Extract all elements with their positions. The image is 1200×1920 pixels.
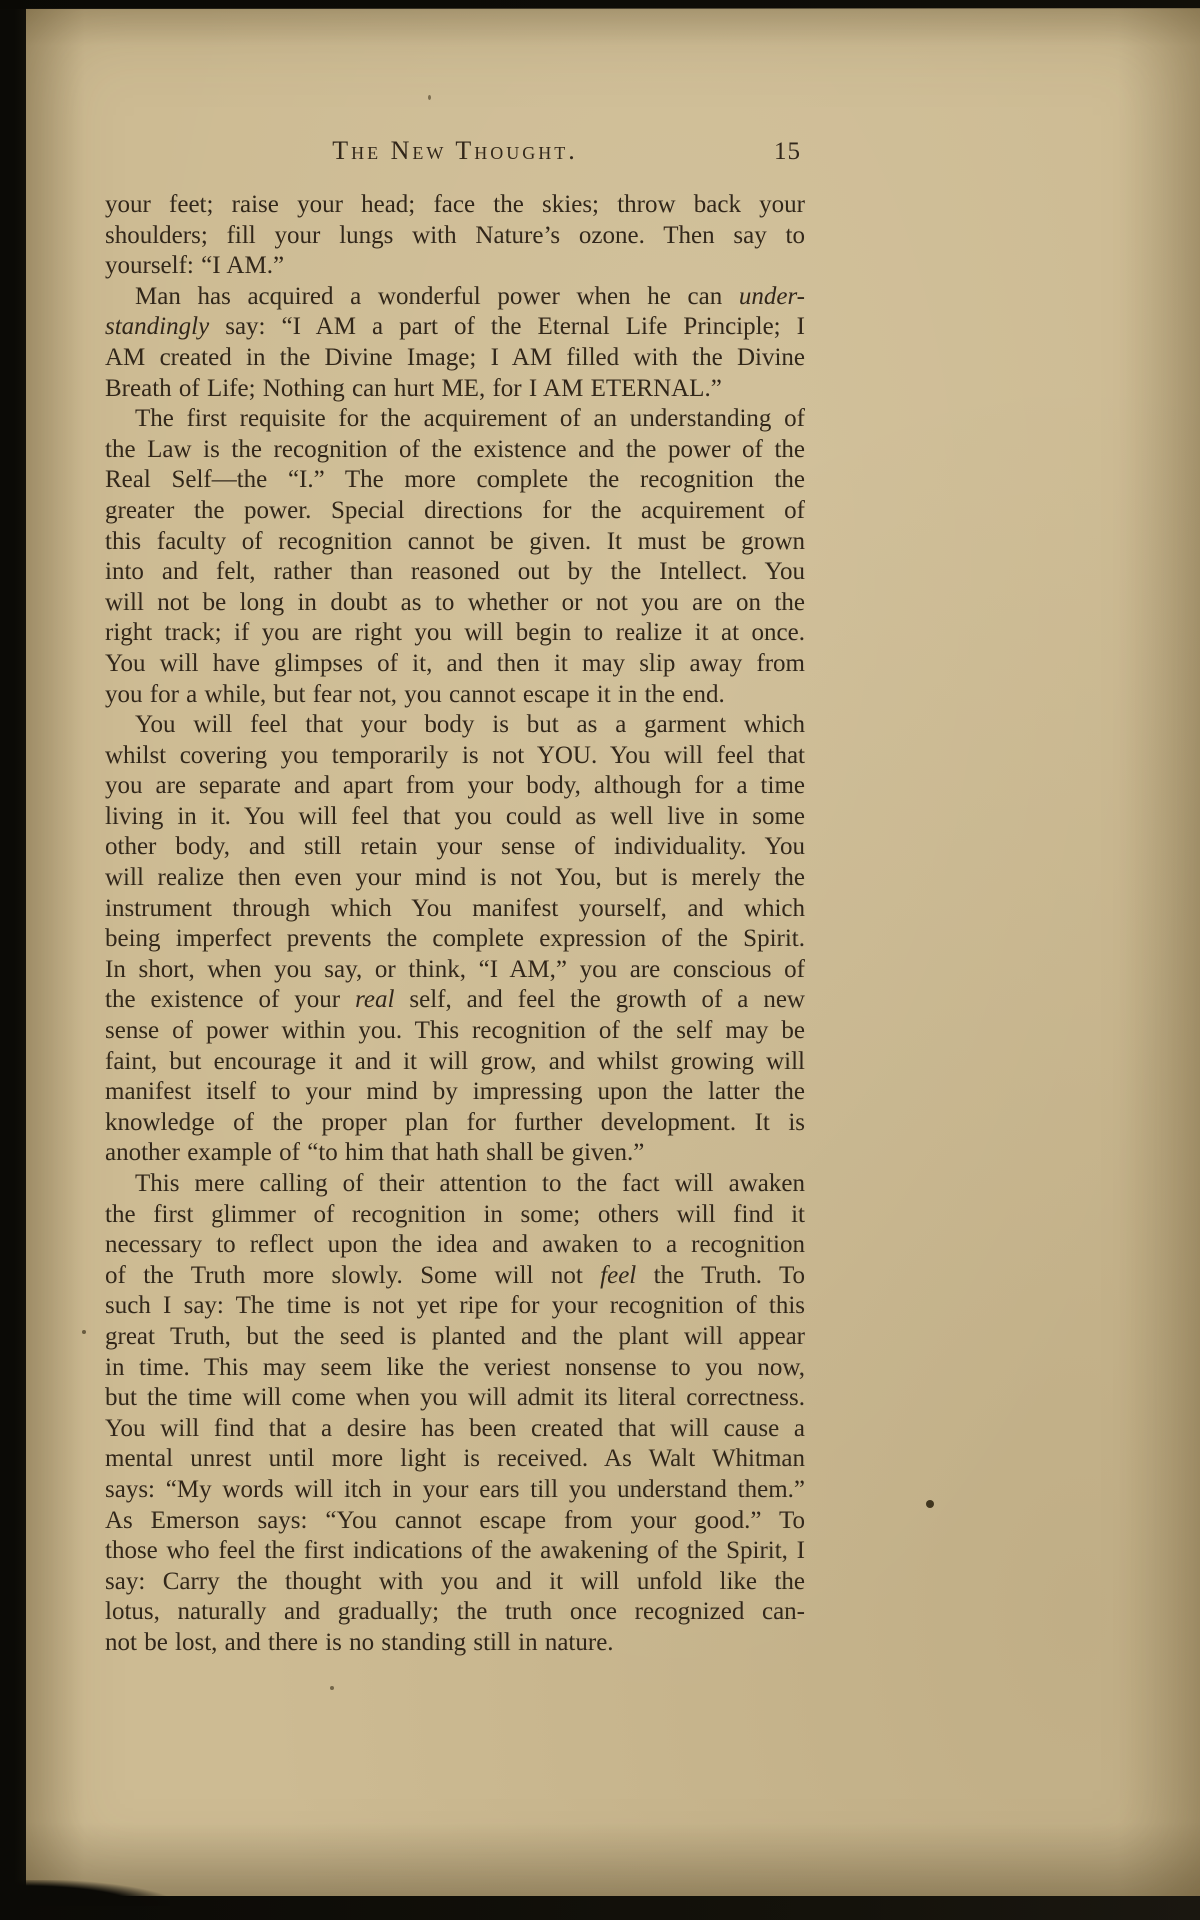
text-line: In short, when you say, or think, “I AM,… xyxy=(105,955,805,986)
paragraph: Man has acquired a wonderful power when … xyxy=(105,282,805,404)
scanned-book-page: The New Thought. 15 your feet; raise you… xyxy=(0,0,1200,1920)
text-line: Man has acquired a wonderful power when … xyxy=(105,282,805,313)
text-line: you for a while, but fear not, you canno… xyxy=(105,680,805,711)
text-line: whilst covering you temporarily is not Y… xyxy=(105,741,805,772)
text-line: will not be long in doubt as to whether … xyxy=(105,588,805,619)
scan-speck xyxy=(330,1686,334,1690)
text-line: living in it. You will feel that you cou… xyxy=(105,802,805,833)
paragraph: The first requisite for the acquirement … xyxy=(105,404,805,710)
text-line: faint, but encourage it and it will grow… xyxy=(105,1047,805,1078)
text-line: say: Carry the thought with you and it w… xyxy=(105,1567,805,1598)
text-line: those who feel the first indications of … xyxy=(105,1536,805,1567)
text-line: standingly say: “I AM a part of the Eter… xyxy=(105,312,805,343)
text-line: AM created in the Divine Image; I AM fil… xyxy=(105,343,805,374)
text-line: other body, and still retain your sense … xyxy=(105,832,805,863)
text-line: such I say: The time is not yet ripe for… xyxy=(105,1291,805,1322)
text-line: greater the power. Special directions fo… xyxy=(105,496,805,527)
text-line: You will find that a desire has been cre… xyxy=(105,1414,805,1445)
scan-speck xyxy=(428,95,431,100)
text-line: the first glimmer of recognition in some… xyxy=(105,1200,805,1231)
text-line: This mere calling of their attention to … xyxy=(105,1169,805,1200)
text-line: of the Truth more slowly. Some will not … xyxy=(105,1261,805,1292)
text-line: the Law is the recognition of the existe… xyxy=(105,435,805,466)
text-line: in time. This may seem like the veriest … xyxy=(105,1353,805,1384)
text-line: shoulders; fill your lungs with Nature’s… xyxy=(105,221,805,252)
text-line: great Truth, but the seed is planted and… xyxy=(105,1322,805,1353)
text-line: necessary to reflect upon the idea and a… xyxy=(105,1230,805,1261)
text-line: sense of power within you. This recognit… xyxy=(105,1016,805,1047)
text-line: but the time will come when you will adm… xyxy=(105,1383,805,1414)
body-text: your feet; raise your head; face the ski… xyxy=(105,190,805,1659)
page-number: 15 xyxy=(774,138,801,166)
text-line: right track; if you are right you will b… xyxy=(105,618,805,649)
text-line: knowledge of the proper plan for further… xyxy=(105,1108,805,1139)
text-line: you are separate and apart from your bod… xyxy=(105,771,805,802)
text-line: manifest itself to your mind by impressi… xyxy=(105,1077,805,1108)
scan-top-edge xyxy=(0,0,1200,9)
scan-speck xyxy=(926,1500,934,1508)
text-line: will realize then even your mind is not … xyxy=(105,863,805,894)
text-line: this faculty of recognition cannot be gi… xyxy=(105,527,805,558)
text-line: not be lost, and there is no standing st… xyxy=(105,1628,805,1659)
text-line: lotus, naturally and gradually; the trut… xyxy=(105,1597,805,1628)
text-line: The first requisite for the acquirement … xyxy=(105,404,805,435)
page-header: The New Thought. 15 xyxy=(105,136,805,170)
text-line: You will feel that your body is but as a… xyxy=(105,710,805,741)
text-line: into and felt, rather than reasoned out … xyxy=(105,557,805,588)
text-line: the existence of your real self, and fee… xyxy=(105,985,805,1016)
text-line: being imperfect prevents the complete ex… xyxy=(105,924,805,955)
scan-corner-shadow xyxy=(0,1880,170,1906)
text-line: As Emerson says: “You cannot escape from… xyxy=(105,1506,805,1537)
scan-speck xyxy=(82,1330,86,1334)
text-line: your feet; raise your head; face the ski… xyxy=(105,190,805,221)
paragraph: You will feel that your body is but as a… xyxy=(105,710,805,1169)
text-line: instrument through which You manifest yo… xyxy=(105,894,805,925)
page-title: The New Thought. xyxy=(105,136,805,166)
paragraph: your feet; raise your head; face the ski… xyxy=(105,190,805,282)
scan-bottom-edge xyxy=(0,1896,1200,1920)
text-line: mental unrest until more light is receiv… xyxy=(105,1444,805,1475)
text-line: another example of “to him that hath sha… xyxy=(105,1138,805,1169)
text-line: says: “My words will itch in your ears t… xyxy=(105,1475,805,1506)
text-line: Breath of Life; Nothing can hurt ME, for… xyxy=(105,374,805,405)
scan-left-edge xyxy=(0,0,26,1920)
paragraph: This mere calling of their attention to … xyxy=(105,1169,805,1659)
text-line: You will have glimpses of it, and then i… xyxy=(105,649,805,680)
text-line: Real Self—the “I.” The more complete the… xyxy=(105,465,805,496)
text-line: yourself: “I AM.” xyxy=(105,251,805,282)
